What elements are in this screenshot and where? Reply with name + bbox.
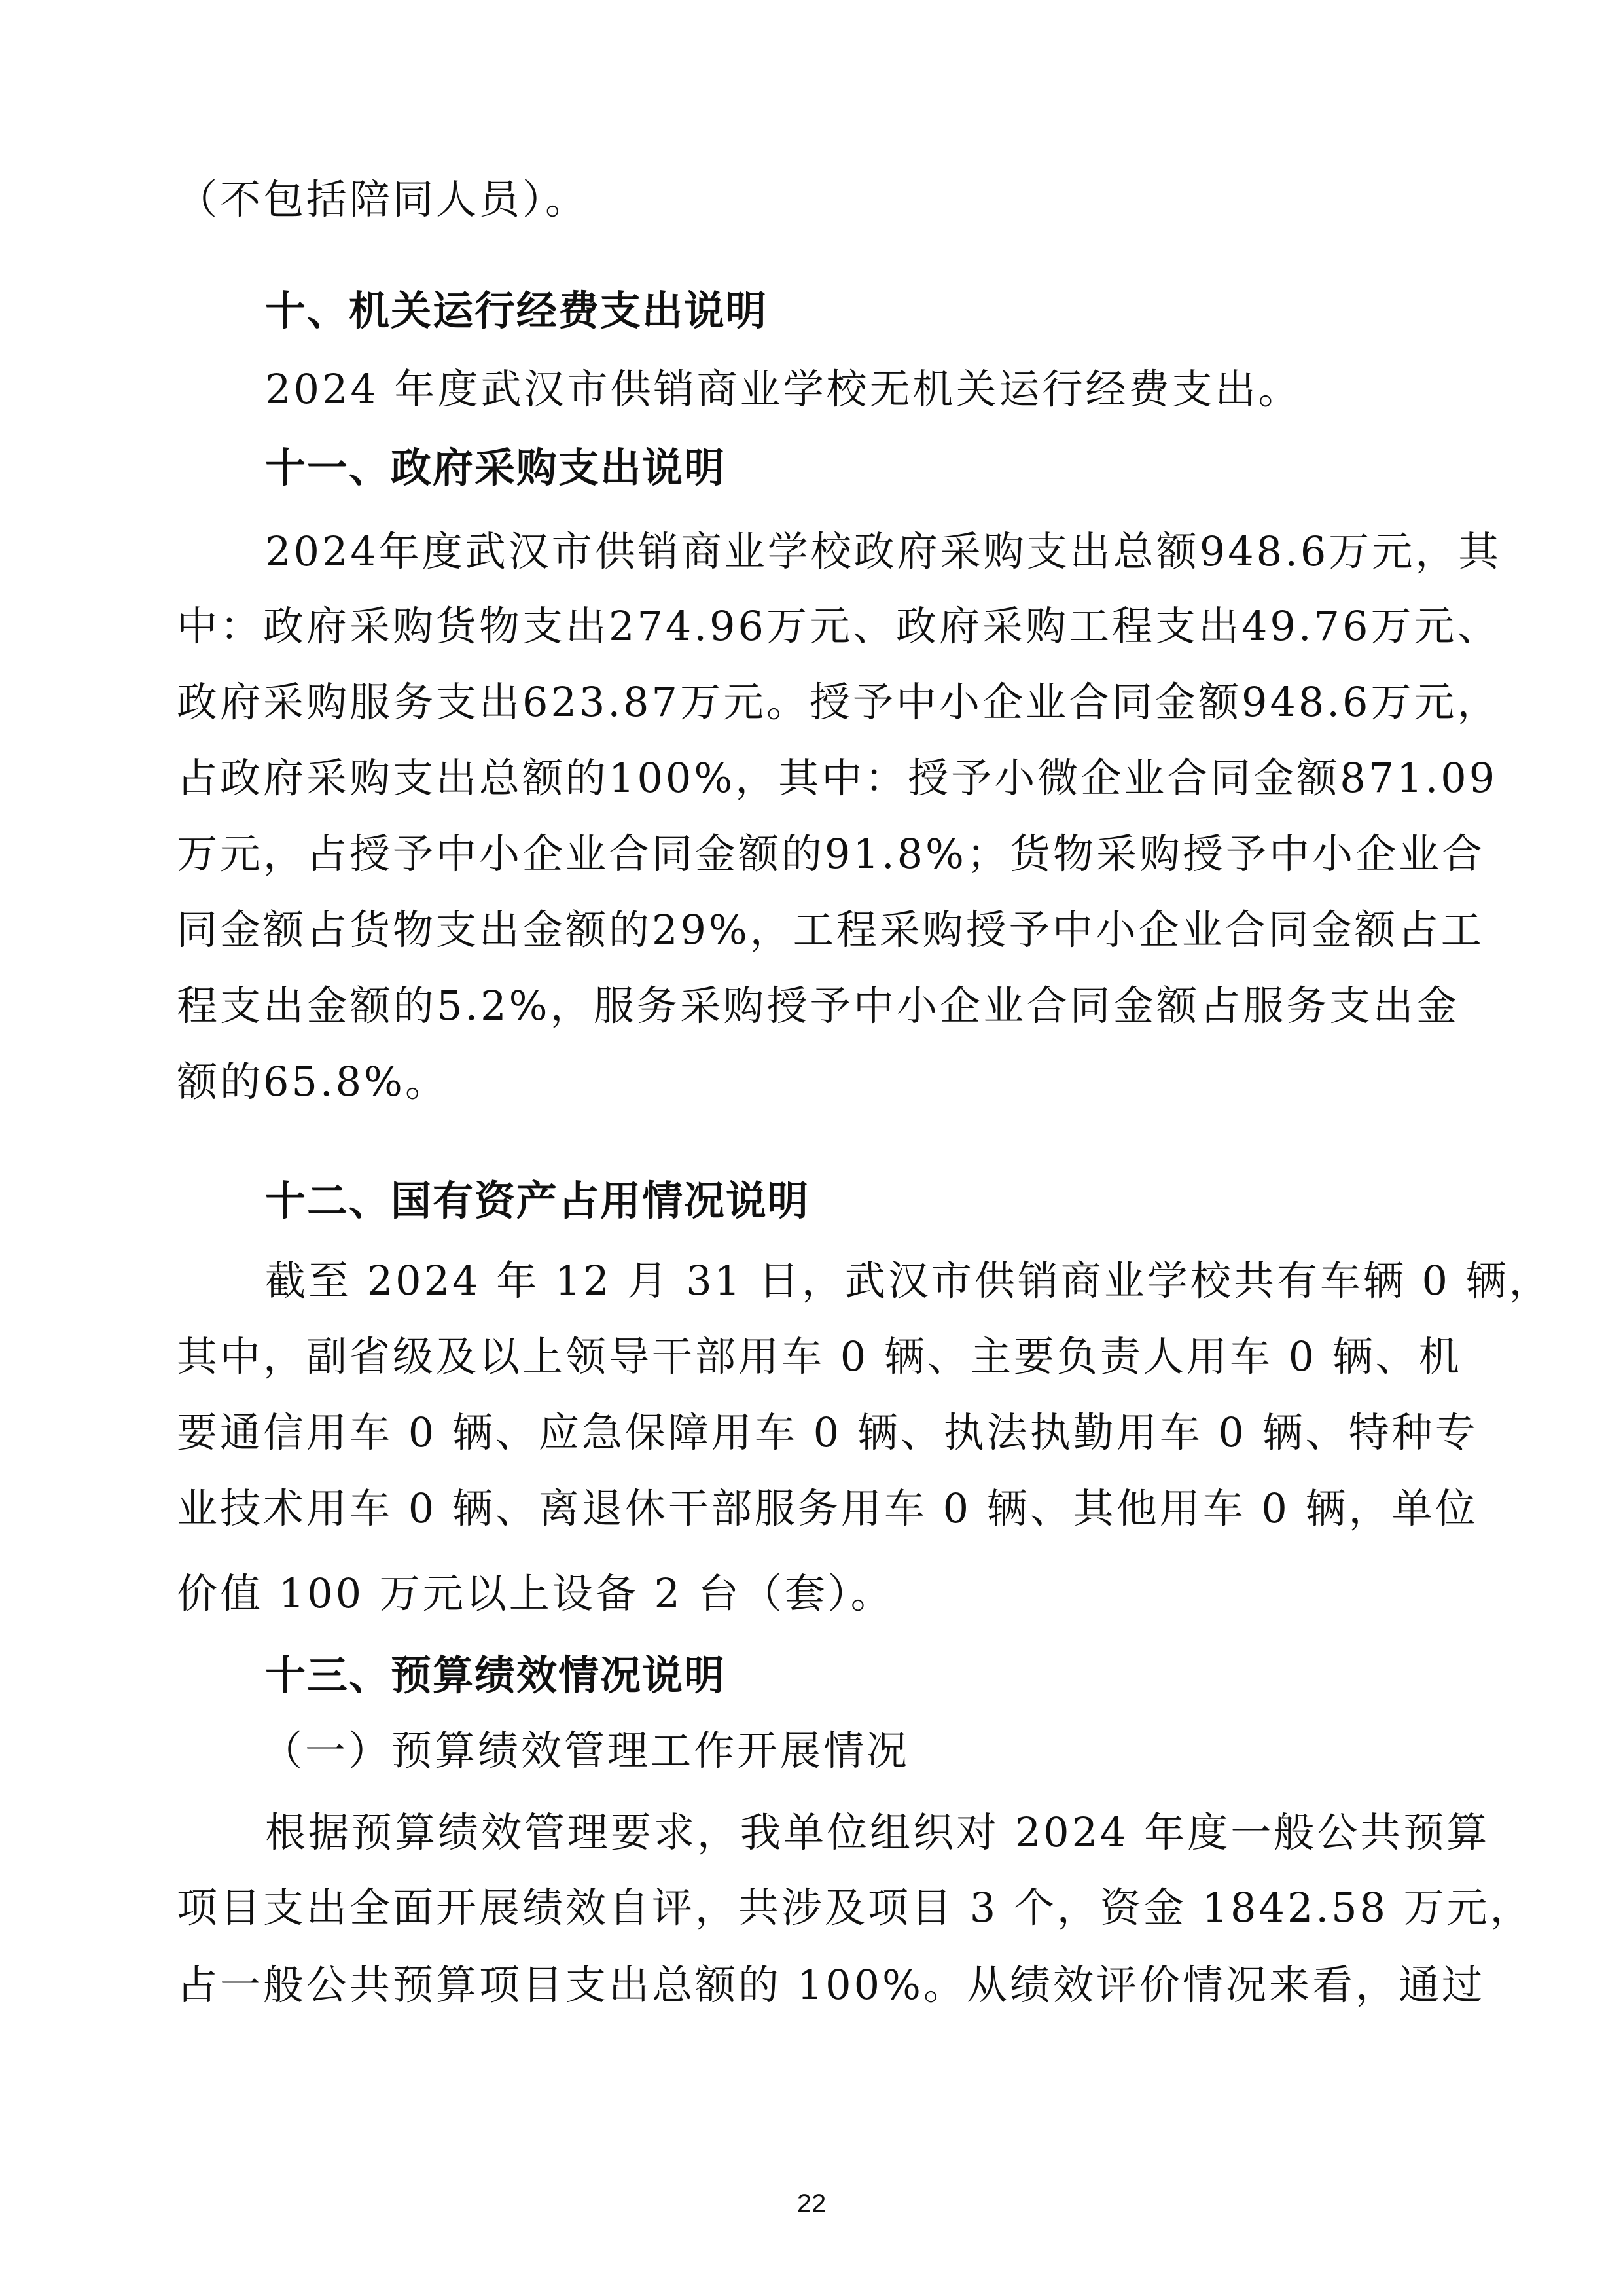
section-12-line-3: 要通信用车 0 辆、应急保障用车 0 辆、执法执勤用车 0 辆、特种专	[177, 1410, 1459, 1456]
section-11-line-3: 政府采购服务支出623.87万元。授予中小企业合同金额948.6万元，	[177, 679, 1459, 725]
section-13-line-2: 项目支出全面开展绩效自评，共涉及项目 3 个，资金 1842.58 万元，	[177, 1885, 1459, 1931]
section-12-line-4: 业技术用车 0 辆、离退休干部服务用车 0 辆、其他用车 0 辆，单位	[177, 1486, 1459, 1532]
section-10-heading: 十、机关运行经费支出说明	[265, 288, 768, 334]
section-11-line-5: 万元，占授予中小企业合同金额的91.8%；货物采购授予中小企业合	[177, 831, 1459, 877]
section-11-heading: 十一、政府采购支出说明	[265, 445, 726, 491]
section-11-line-4: 占政府采购支出总额的100%，其中：授予小微企业合同金额871.09	[177, 755, 1459, 801]
section-12-line-1: 截至 2024 年 12 月 31 日，武汉市供销商业学校共有车辆 0 辆，	[265, 1258, 1459, 1304]
document-page: （不包括陪同人员）。 十、机关运行经费支出说明 2024 年度武汉市供销商业学校…	[0, 0, 1623, 2296]
section-11-line-1: 2024年度武汉市供销商业学校政府采购支出总额948.6万元，其	[265, 529, 1459, 575]
section-13-line-1: 根据预算绩效管理要求，我单位组织对 2024 年度一般公共预算	[265, 1810, 1459, 1856]
section-11-line-2: 中：政府采购货物支出274.96万元、政府采购工程支出49.76万元、	[177, 603, 1459, 649]
section-12-heading: 十二、国有资产占用情况说明	[265, 1178, 810, 1224]
section-10-paragraph: 2024 年度武汉市供销商业学校无机关运行经费支出。	[265, 367, 1459, 412]
section-11-line-6: 同金额占货物支出金额的29%，工程采购授予中小企业合同金额占工	[177, 907, 1459, 953]
continuation-text: （不包括陪同人员）。	[177, 177, 1459, 223]
section-13-heading: 十三、预算绩效情况说明	[265, 1653, 726, 1698]
page-number: 22	[0, 2189, 1623, 2219]
section-11-line-8: 额的65.8%。	[177, 1059, 1459, 1105]
section-11-line-7: 程支出金额的5.2%，服务采购授予中小企业合同金额占服务支出金	[177, 983, 1459, 1029]
section-12-line-2: 其中，副省级及以上领导干部用车 0 辆、主要负责人用车 0 辆、机	[177, 1334, 1459, 1380]
section-13-subheading: （一）预算绩效管理工作开展情况	[262, 1728, 910, 1774]
section-13-line-3: 占一般公共预算项目支出总额的 100%。从绩效评价情况来看，通过	[177, 1962, 1459, 2008]
section-12-line-5: 价值 100 万元以上设备 2 台（套）。	[177, 1571, 1459, 1617]
